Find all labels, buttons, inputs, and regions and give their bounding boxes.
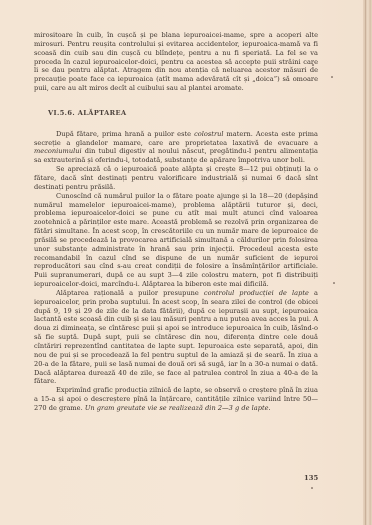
intro-paragraph: mirositoare în cuib, în cușcă și pe blan…	[34, 31, 318, 93]
emphasis-conversion: Un gram greutate vie se realizează din 2…	[85, 404, 271, 412]
page-number: 135	[304, 474, 318, 482]
paragraph-text: a iepuroaicelor, prin proba suptului. În…	[34, 289, 318, 385]
emphasis-meconiumului: meconiumului	[34, 147, 82, 155]
page-text-block: mirositoare în cuib, în cușcă și pe blan…	[34, 31, 318, 413]
paragraph-text: După fătare, prima hrană a puilor este	[56, 130, 194, 138]
emphasis-colostrul: colostrul	[194, 130, 223, 138]
book-page: mirositoare în cuib, în cușcă și pe blan…	[0, 0, 372, 525]
emphasis-milk-control: controlul producției de lapte	[204, 289, 309, 297]
paragraph-colostrum: După fătare, prima hrană a puilor este c…	[34, 130, 318, 165]
paper-speck	[311, 487, 313, 489]
paper-speck	[312, 64, 314, 66]
section-heading: VI.5.6. ALĂPTAREA	[48, 109, 318, 118]
paragraph-litter-size: Se apreciază că o iepuroaică poate alăpt…	[34, 165, 318, 192]
page-edge-line	[365, 0, 366, 525]
paper-speck	[331, 76, 333, 78]
paragraph-milk-control: Alăptarea rațională a puilor presupune c…	[34, 289, 318, 386]
paragraph-text: Alăptarea rațională a puilor presupune	[56, 289, 204, 297]
paragraph-milk-production: Exprimînd grafic producția zilnică de la…	[34, 386, 318, 413]
paper-speck	[333, 282, 335, 284]
paragraph-foster-does: Cunoscînd că numărul puilor la o fătare …	[34, 192, 318, 289]
